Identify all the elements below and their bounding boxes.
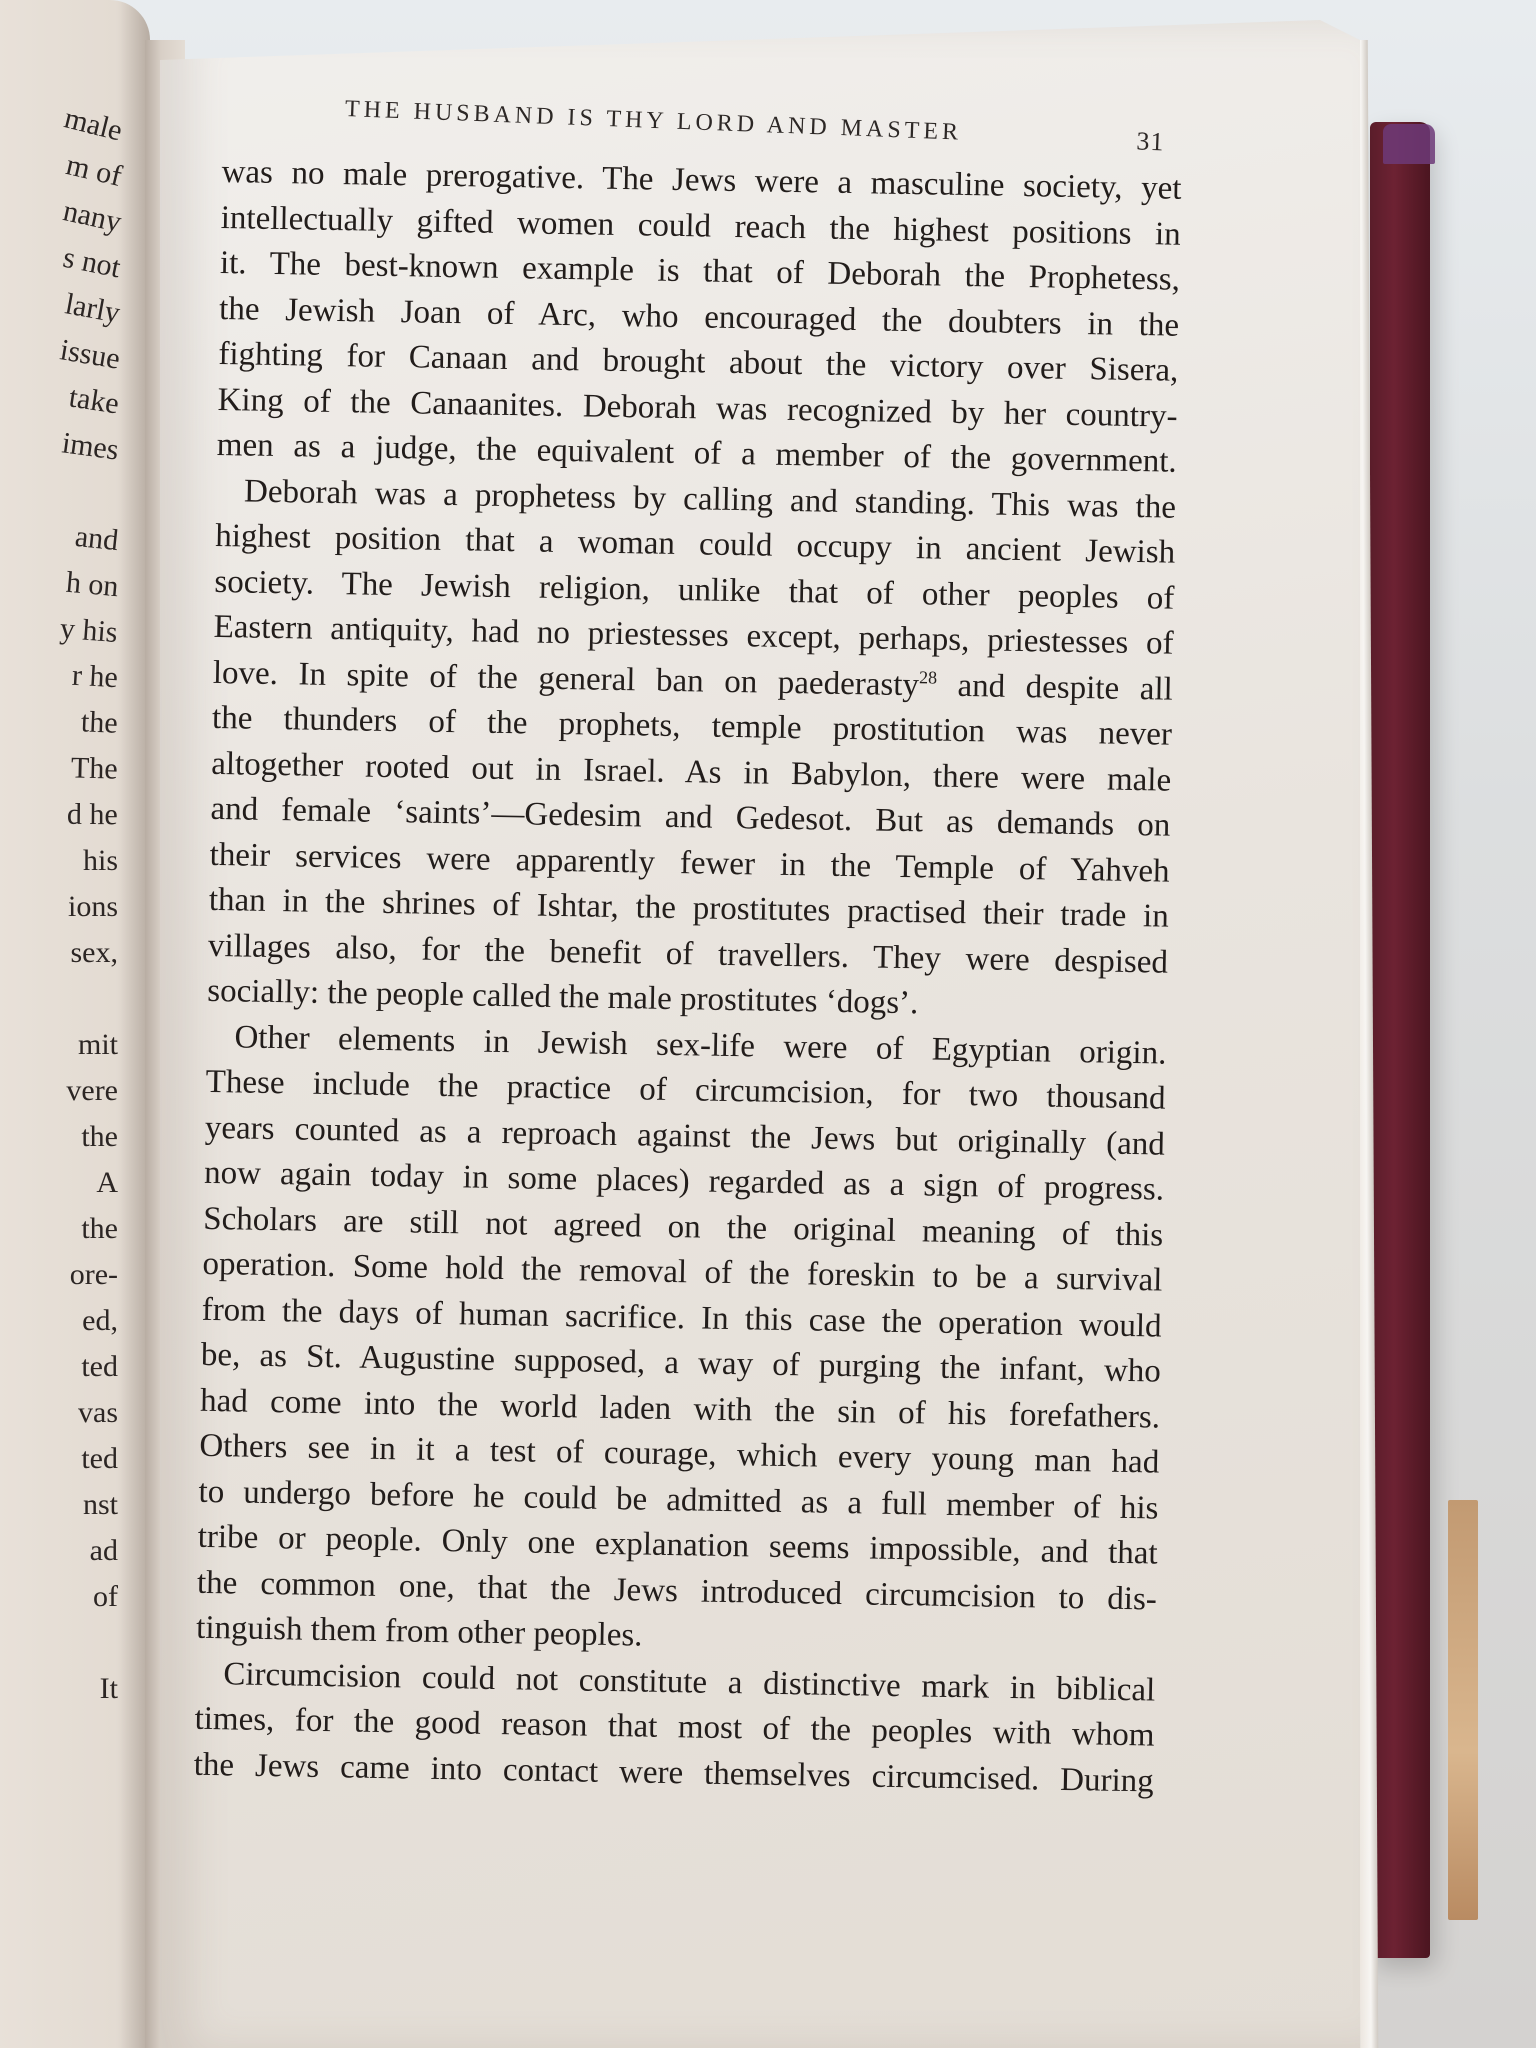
book-cover <box>1370 122 1430 1958</box>
left-page-text-fragment: mit <box>78 1028 118 1062</box>
left-page-text-fragment: r he <box>71 659 119 696</box>
text-fragment: and despite all <box>937 667 1173 707</box>
left-facing-page: malem ofnanys notlarlyissuetakeimesandh … <box>0 0 150 2048</box>
left-page-text-fragment: The <box>71 751 118 786</box>
left-page-text-fragment: imes <box>60 426 121 467</box>
left-page-text-fragment: ted <box>81 1442 118 1476</box>
left-page-text-fragment: y his <box>59 612 119 650</box>
left-page-text-fragment: ted <box>81 1350 118 1384</box>
book-cover-corner <box>1383 124 1435 164</box>
paragraph: Deborah was a prophetess by calling and … <box>207 468 1176 1031</box>
left-page-text-fragment: the <box>81 705 119 740</box>
left-page-text-fragment: sex, <box>71 936 119 970</box>
left-page-text-fragment: and <box>73 520 120 558</box>
left-page-text-fragment: h on <box>64 566 119 604</box>
left-page-text-fragment: m of <box>63 148 125 194</box>
left-page-text-fragment: larly <box>62 287 122 330</box>
left-page-text-fragment: issue <box>57 333 122 376</box>
left-page-text-fragment: ore- <box>70 1258 118 1292</box>
paragraph: Other elements in Jewish sex-life were o… <box>196 1014 1167 1668</box>
paragraph: was no male prerogative. The Jews were a… <box>216 150 1181 485</box>
left-page-text-fragment: of <box>93 1580 118 1614</box>
left-page-text-fragment: vere <box>66 1074 118 1108</box>
text-fragment: love. In spite of the general ban on pae… <box>213 654 920 702</box>
left-page-text-fragment: male <box>60 101 125 148</box>
left-page-text-fragment: d he <box>67 798 118 832</box>
book-cover-worn-edge <box>1448 1500 1478 1920</box>
left-page-text-fragment: nst <box>83 1488 118 1522</box>
left-page-text-fragment: s not <box>60 241 123 286</box>
left-page-text-fragment: his <box>83 844 118 878</box>
left-page-text-fragment: It <box>100 1672 118 1706</box>
left-page-text-fragment: the <box>81 1212 118 1246</box>
body-text: was no male prerogative. The Jews were a… <box>193 150 1181 1805</box>
footnote-reference[interactable]: 28 <box>919 667 937 687</box>
left-page-text-fragment: nany <box>60 194 124 240</box>
page-number: 31 <box>1136 126 1165 157</box>
paragraph: Circumcision could not constitute a dist… <box>193 1651 1155 1804</box>
left-page-text-fragment: ad <box>90 1534 118 1568</box>
left-page-text-fragment: A <box>96 1166 118 1200</box>
left-page-text-fragment: vas <box>78 1396 118 1430</box>
left-page-text-fragment: ed, <box>82 1304 118 1338</box>
left-page-text-fragment: take <box>67 380 121 421</box>
left-page-text-fragment: the <box>81 1120 118 1154</box>
left-page-text-fragment: ions <box>68 890 118 924</box>
